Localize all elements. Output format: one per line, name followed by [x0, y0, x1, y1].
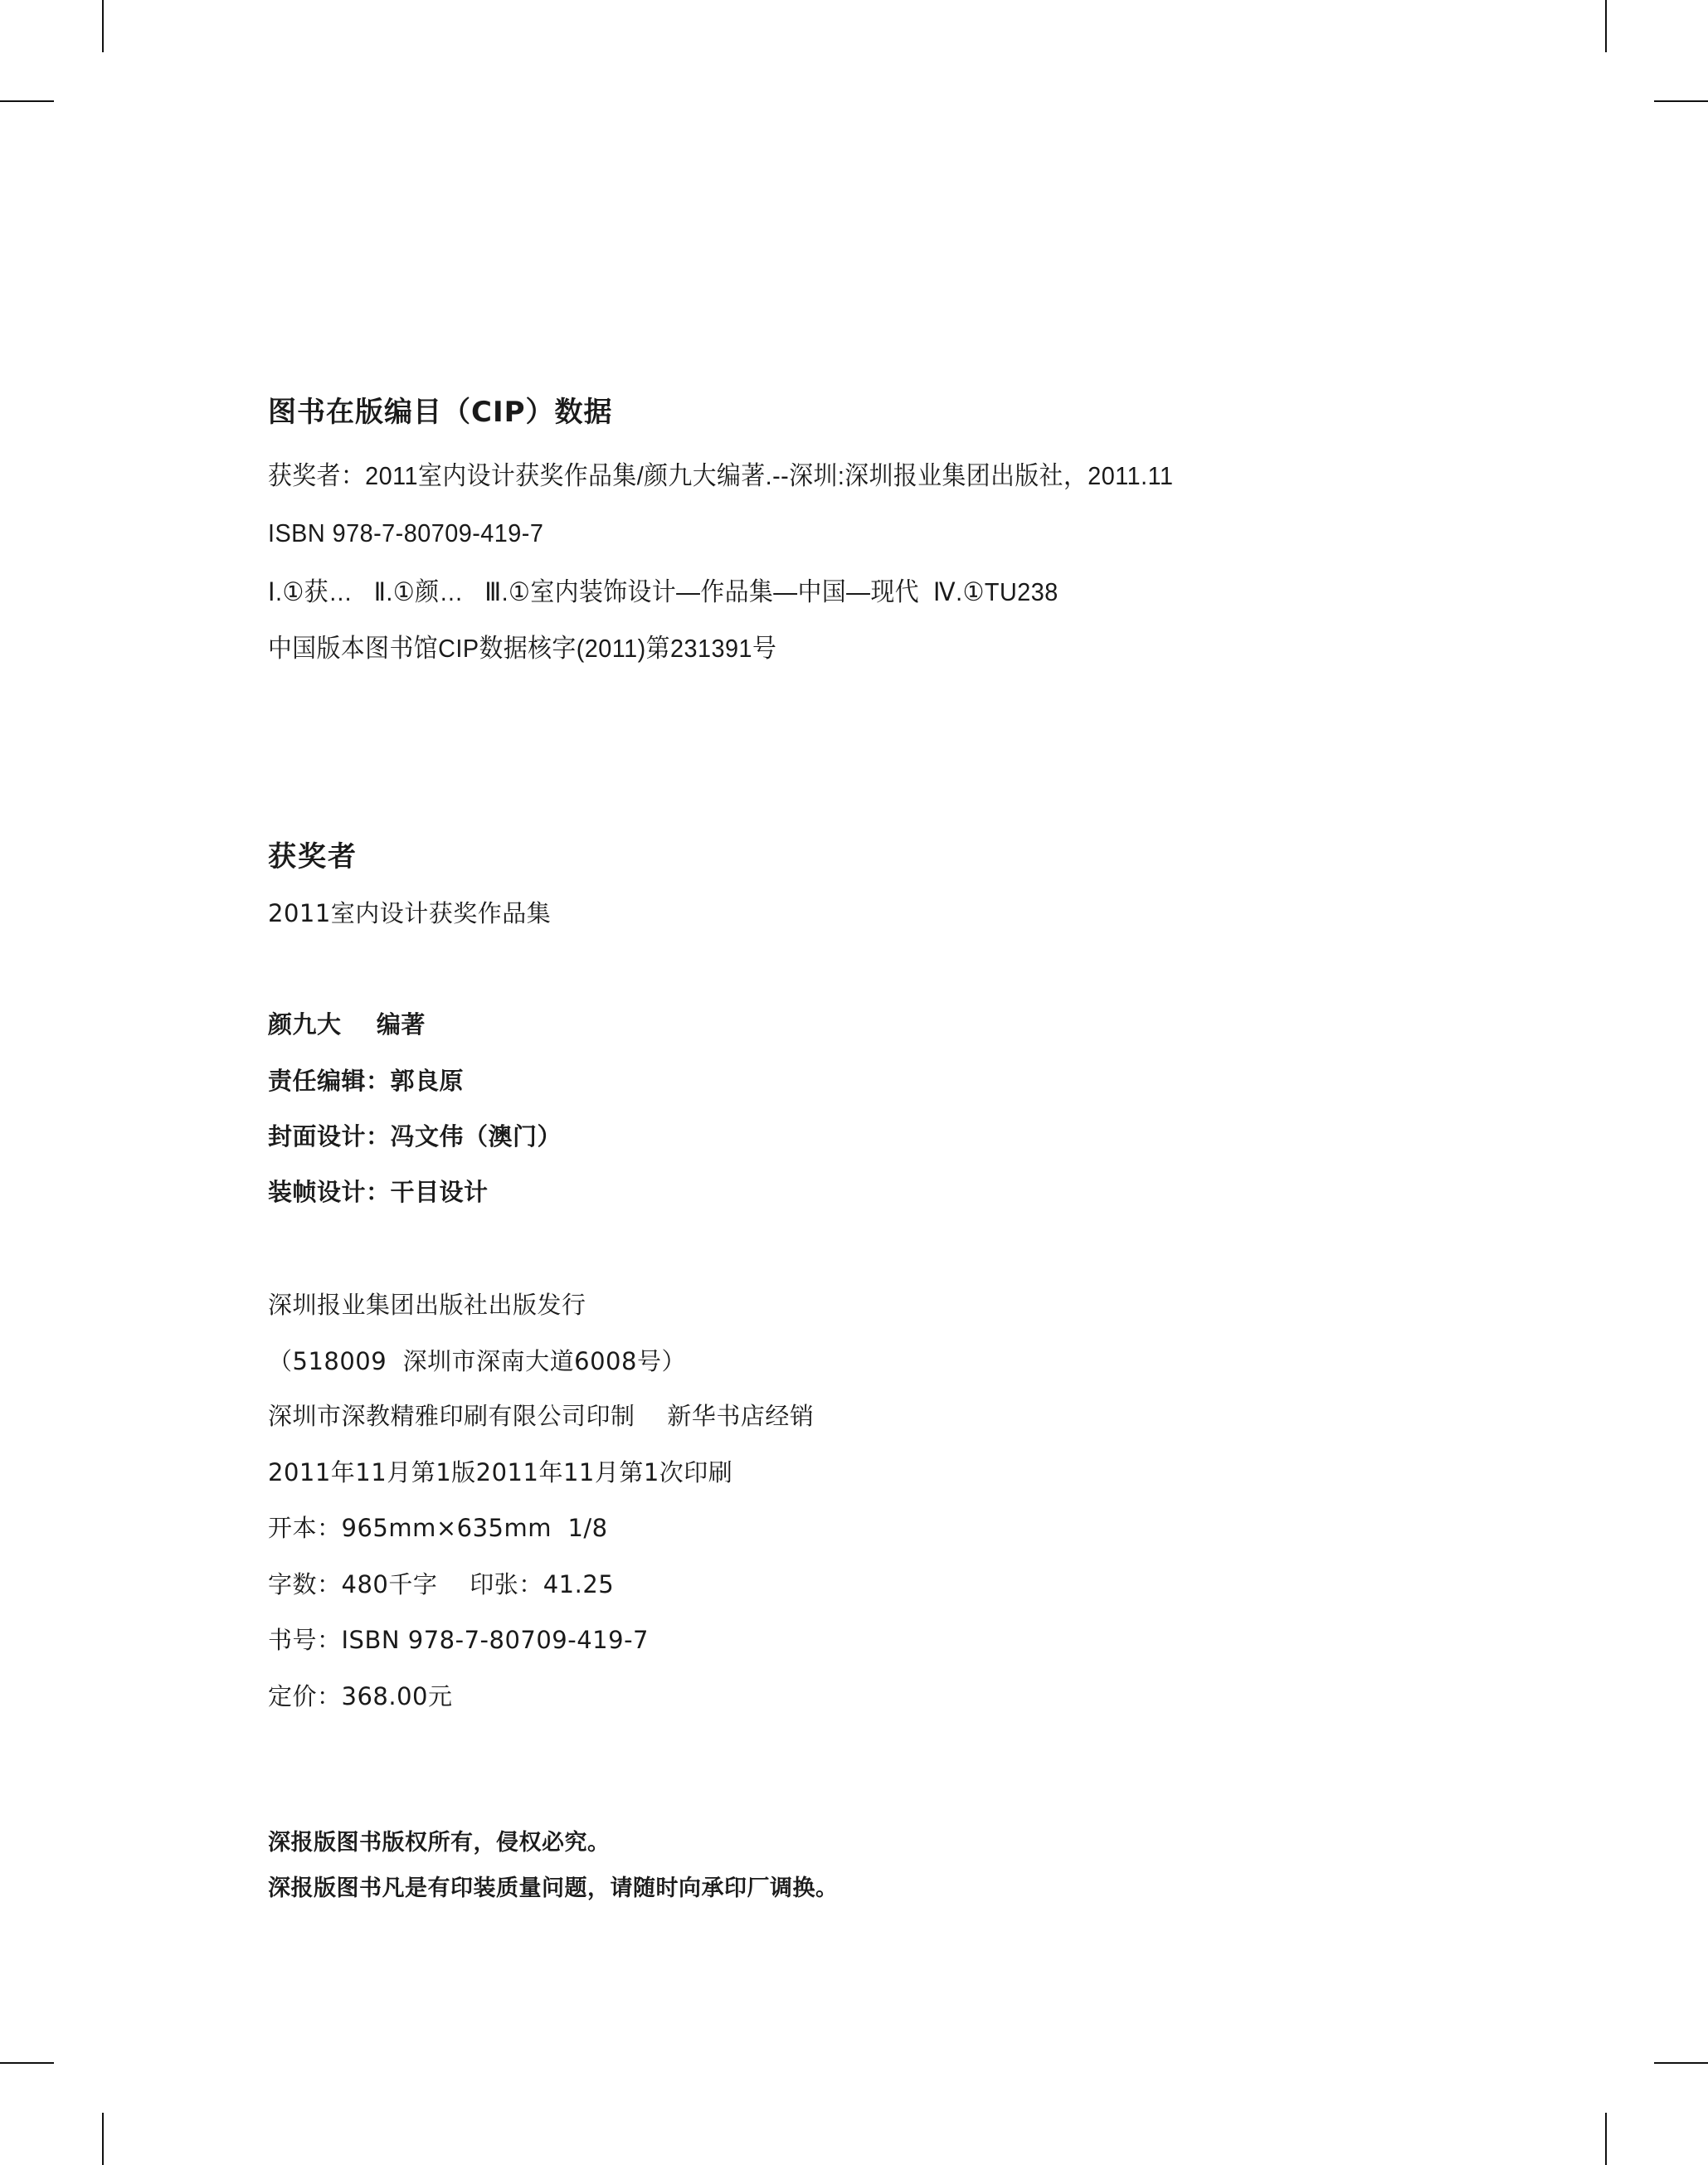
crop-mark-bottom-right-horizontal: [1654, 2062, 1708, 2064]
crop-mark-bottom-left-horizontal: [0, 2062, 54, 2064]
crop-mark-bottom-right-vertical: [1605, 2113, 1607, 2165]
cover-design-credit: 封面设计：冯文伟（澳门）: [268, 1125, 562, 1149]
cip-isbn: ISBN 978-7-80709-419-7: [268, 520, 543, 546]
book-number-line: 书号：ISBN 978-7-80709-419-7: [268, 1628, 649, 1652]
price-line: 定价：368.00元: [268, 1685, 452, 1709]
copyright-notice: 深报版图书版权所有，侵权必究。: [268, 1832, 611, 1854]
printer-line: 深圳市深教精雅印刷有限公司印制 新华书店经销: [268, 1404, 814, 1428]
crop-mark-top-right-vertical: [1605, 0, 1607, 52]
crop-mark-top-left-vertical: [102, 0, 104, 52]
cip-title: 图书在版编目（CIP）数据: [268, 398, 613, 426]
address-line: （518009 深圳市深南大道6008号）: [268, 1350, 686, 1374]
book-subtitle: 2011室内设计获奖作品集: [268, 902, 551, 926]
cip-classification: Ⅰ.①获… Ⅱ.①颜… Ⅲ.①室内装饰设计—作品集—中国—现代 Ⅳ.①TU238: [268, 579, 1058, 605]
quality-notice: 深报版图书凡是有印装质量问题，请随时向承印厂调换。: [268, 1877, 839, 1900]
publisher-line: 深圳报业集团出版社出版发行: [268, 1293, 586, 1317]
author-credit: 颜九大 编著: [268, 1013, 426, 1037]
cip-number: 中国版本图书馆CIP数据核字(2011)第231391号: [268, 635, 776, 661]
editor-credit: 责任编辑：郭良原: [268, 1069, 464, 1093]
format-line: 开本：965mm×635mm 1/8: [268, 1516, 608, 1540]
word-count-line: 字数：480千字 印张：41.25: [268, 1573, 614, 1597]
book-title: 获奖者: [268, 843, 358, 871]
cip-citation: 获奖者：2011室内设计获奖作品集/颜九大编著.--深圳:深圳报业集团出版社，2…: [268, 463, 1173, 489]
crop-mark-top-left-horizontal: [0, 100, 54, 102]
binding-design-credit: 装帧设计：干目设计: [268, 1180, 489, 1204]
edition-line: 2011年11月第1版2011年11月第1次印刷: [268, 1461, 732, 1485]
crop-mark-bottom-left-vertical: [102, 2113, 104, 2165]
crop-mark-top-right-horizontal: [1654, 100, 1708, 102]
